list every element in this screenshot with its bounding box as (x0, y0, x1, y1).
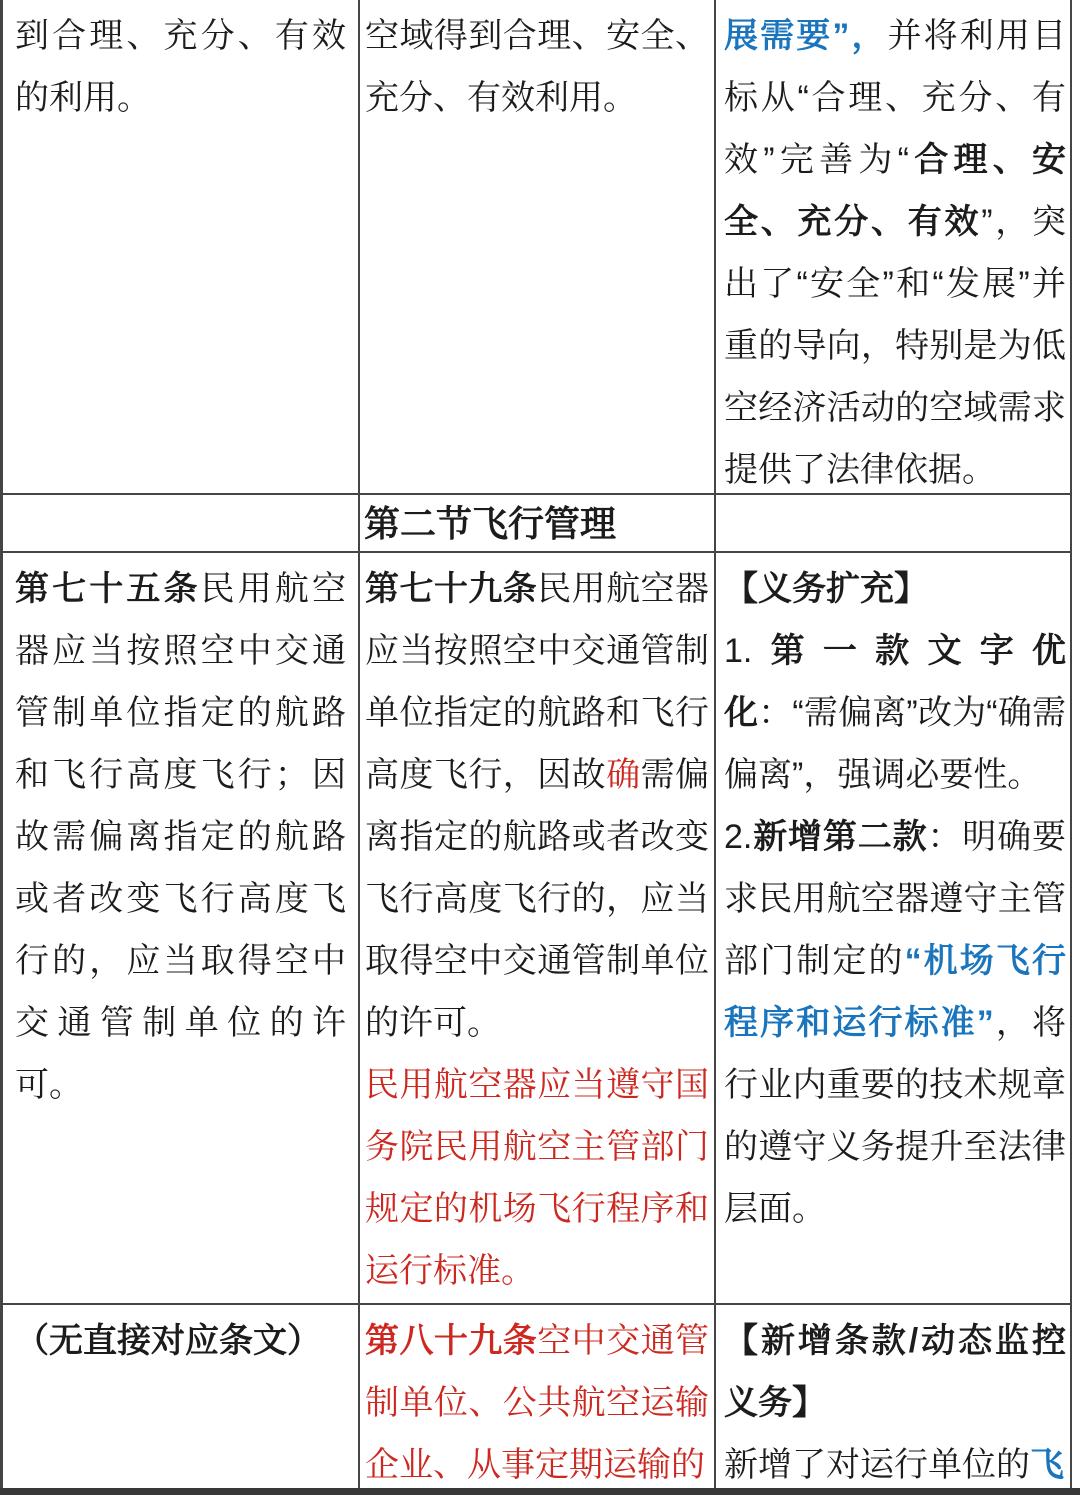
commentary-cell-row1: 展需要”，并将利用目标从“合理、充分、有效”完善为“合理、安全、充分、有效”，突… (716, 0, 1072, 493)
highlight-blue-segment: 飞 (1030, 1446, 1064, 1484)
paragraph: 2.新增第二款：明确要求民用航空器遵守主管部门制定的“机场飞行程序和运行标准”，… (724, 806, 1066, 1240)
article-number-segment: 第八十九条 (365, 1322, 537, 1360)
commentary-cell-header (716, 495, 1072, 551)
new-law-cell-row4: 第八十九条空中交通管制单位、公共航空运输企业、从事定期运输的 (360, 1305, 716, 1495)
paragraph: 民用航空器应当遵守国务院民用航空主管部门规定的机场飞行程序和运行标准。 (365, 1054, 709, 1302)
commentary-tag-segment: 【新增条款/动态监控义务】 (724, 1322, 1066, 1422)
old-law-cell-header (3, 495, 360, 551)
article-number-segment: 第七十五条 (15, 570, 201, 608)
commentary-tag-segment: 【义务扩充】 (724, 570, 928, 608)
paragraph: 第七十五条民用航空器应当按照空中交通管制单位指定的航路和飞行高度飞行；因故需偏离… (15, 558, 346, 1116)
paragraph: 1.第一款文字优化：“需偏离”改为“确需偏离”，强调必要性。 (724, 620, 1066, 806)
text-segment: ：“需偏离”改为“确需偏离”，强调必要性。 (724, 694, 1066, 794)
paragraph: 展需要”，并将利用目标从“合理、充分、有效”完善为“合理、安全、充分、有效”，突… (724, 5, 1066, 493)
new-law-cell-row1: 空域得到合理、安全、充分、有效利用。 (360, 0, 716, 493)
paragraph: 【义务扩充】 (724, 558, 1066, 620)
old-law-cell-row3: 第七十五条民用航空器应当按照空中交通管制单位指定的航路和飞行高度飞行；因故需偏离… (3, 553, 360, 1303)
paragraph: （无直接对应条文） (15, 1310, 346, 1372)
text-segment: 新增了对运行单位的 (724, 1446, 1030, 1484)
section-title: 第二节飞行管理 (364, 497, 712, 551)
article-number-segment: 第七十九条 (365, 570, 537, 608)
paragraph: 新增了对运行单位的飞 (724, 1434, 1066, 1495)
paragraph: 第八十九条空中交通管制单位、公共航空运输企业、从事定期运输的 (365, 1310, 709, 1495)
table-row-continuation: 到合理、充分、有效的利用。 空域得到合理、安全、充分、有效利用。 展需要”，并将… (3, 0, 1072, 495)
text-segment: 空域得到合理、安全、充分、有效利用。 (365, 17, 709, 117)
text-segment: 到合理、充分、有效的利用。 (15, 17, 346, 117)
new-law-cell-row3: 第七十九条民用航空器应当按照空中交通管制单位指定的航路和飞行高度飞行，因故确需偏… (360, 553, 716, 1303)
table-row-section-header: 第二节飞行管理 (3, 495, 1072, 553)
new-clause-red-segment: 民用航空器应当遵守国务院民用航空主管部门规定的机场飞行程序和运行标准。 (365, 1066, 709, 1290)
text-segment: 第二节飞行管理 (364, 503, 616, 544)
text-segment: 需偏离指定的航路或者改变飞行高度飞行的，应当取得空中交通管制单位的许可。 (365, 756, 709, 1042)
text-segment: 民用航空器应当按照空中交通管制单位指定的航路和飞行高度飞行；因故需偏离指定的航路… (15, 570, 346, 1104)
old-law-cell-row1: 到合理、充分、有效的利用。 (3, 0, 360, 493)
commentary-cell-row3: 【义务扩充】 1.第一款文字优化：“需偏离”改为“确需偏离”，强调必要性。 2.… (716, 553, 1072, 1303)
table-row-article-89: （无直接对应条文） 第八十九条空中交通管制单位、公共航空运输企业、从事定期运输的… (3, 1305, 1072, 1495)
list-number-segment: 1. (724, 632, 752, 670)
law-comparison-table: 到合理、充分、有效的利用。 空域得到合理、安全、充分、有效利用。 展需要”，并将… (0, 0, 1072, 1495)
highlight-blue-segment: 展需要”， (724, 17, 888, 55)
table-row-article-75-79: 第七十五条民用航空器应当按照空中交通管制单位指定的航路和飞行高度飞行；因故需偏离… (3, 553, 1072, 1305)
old-law-cell-row4: （无直接对应条文） (3, 1305, 360, 1495)
commentary-cell-row4: 【新增条款/动态监控义务】 新增了对运行单位的飞 (716, 1305, 1072, 1495)
section-header-cell: 第二节飞行管理 (360, 495, 716, 551)
highlight-red-segment: 确 (606, 756, 640, 794)
no-counterpart-segment: （无直接对应条文） (15, 1322, 321, 1360)
paragraph: 【新增条款/动态监控义务】 (724, 1310, 1066, 1434)
bold-segment: 新增第二款 (752, 818, 927, 856)
bottom-crop-border (0, 1488, 1080, 1495)
text-segment: ”，突出了“安全”和“发展”并重的导向，特别是为低空经济活动的空域需求提供了法律… (724, 203, 1066, 489)
paragraph: 第七十九条民用航空器应当按照空中交通管制单位指定的航路和飞行高度飞行，因故确需偏… (365, 558, 709, 1054)
list-number-segment: 2. (724, 818, 752, 856)
paragraph: 到合理、充分、有效的利用。 (15, 5, 346, 129)
paragraph: 空域得到合理、安全、充分、有效利用。 (365, 5, 709, 129)
